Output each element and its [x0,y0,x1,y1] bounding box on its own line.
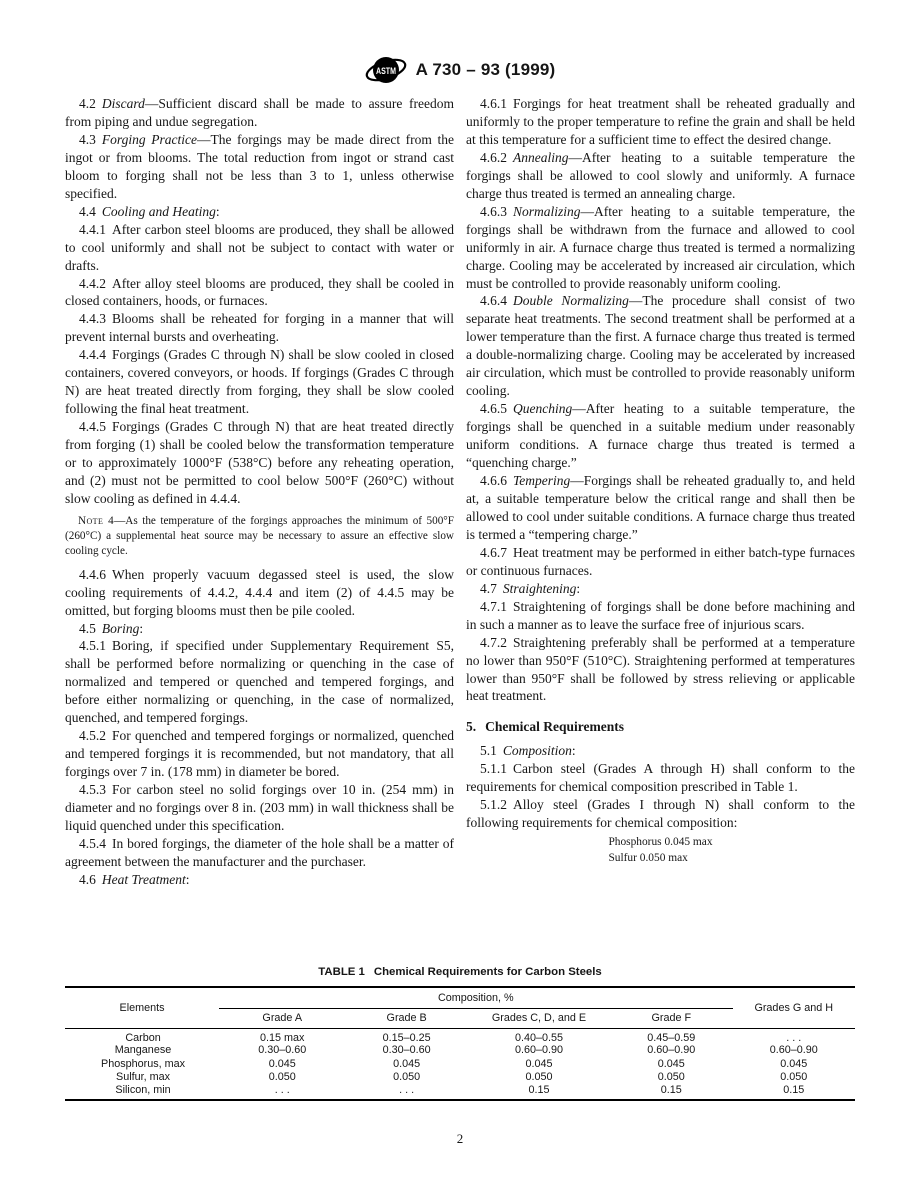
clause-number: 4.5.2 [79,728,106,743]
value-cell: 0.050 [733,1070,856,1083]
value-cell: 0.60–0.90 [468,1044,610,1057]
chemical-requirements-table: ElementsComposition, %Grades G and HGrad… [65,986,855,1101]
value-cell: . . . [219,1084,345,1100]
astm-logo-icon: ASTM [365,52,407,88]
clause-number: 4.4.1 [79,222,106,237]
paragraph-4.4: 4.4Cooling and Heating: [65,203,454,221]
paragraph-4.3: 4.3Forging Practice—The forgings may be … [65,131,454,203]
svg-text:ASTM: ASTM [376,66,396,77]
paragraph-4.5.1: 4.5.1Boring, if specified under Suppleme… [65,637,454,727]
value-cell: 0.30–0.60 [219,1044,345,1057]
clause-number: 4.6.6 [480,473,507,488]
clause-number: 4.5.4 [79,836,106,851]
left-column: 4.2Discard—Sufficient discard shall be m… [65,95,454,889]
element-cell: Silicon, min [65,1084,219,1100]
elements-column-header: Elements [65,987,219,1028]
clause-term: Normalizing [513,204,581,219]
paragraph-4.5: 4.5Boring: [65,620,454,638]
table-row: Manganese0.30–0.600.30–0.600.60–0.900.60… [65,1044,855,1057]
element-cell: Sulfur, max [65,1070,219,1083]
grade-column-header: Grades C, D, and E [468,1008,610,1028]
value-cell: 0.050 [219,1070,345,1083]
document-page: ASTM A 730 – 93 (1999) 4.2Discard—Suffic… [0,0,920,1191]
grades-g-h-column-header: Grades G and H [733,987,856,1028]
paragraph-5.1.1: 5.1.1Carbon steel (Grades A through H) s… [466,760,855,796]
clause-term: Quenching [513,401,572,416]
clause-number: 5.1.1 [480,761,507,776]
table-1-block: TABLE 1Chemical Requirements for Carbon … [65,966,855,1101]
clause-number: 4.7.2 [480,635,507,650]
section-number: 5. [466,719,476,734]
value-cell: 0.050 [468,1070,610,1083]
clause-number: 5.1.2 [480,797,507,812]
clause-number: 4.2 [79,96,96,111]
paragraph-4.5.2: 4.5.2For quenched and tempered forgings … [65,727,454,781]
table-caption: Chemical Requirements for Carbon Steels [374,966,602,978]
paragraph-4.2: 4.2Discard—Sufficient discard shall be m… [65,95,454,131]
element-cell: Phosphorus, max [65,1057,219,1070]
table-row: Silicon, min. . .. . .0.150.150.15 [65,1084,855,1100]
section-heading-5.: 5.Chemical Requirements [466,718,855,736]
clause-number: 4.6.4 [480,293,507,308]
clause-number: 4.4.6 [79,567,106,582]
paragraph-5.1.2: 5.1.2Alloy steel (Grades I through N) sh… [466,796,855,832]
paragraph-4.7: 4.7Straightening: [466,580,855,598]
composition-group-header: Composition, % [219,987,732,1008]
value-cell: 0.15–0.25 [345,1028,467,1044]
clause-term: Heat Treatment [102,872,186,887]
two-column-body: 4.2Discard—Sufficient discard shall be m… [65,95,855,889]
document-title: A 730 – 93 (1999) [416,60,556,80]
table-row: Sulfur, max0.0500.0500.0500.0500.050 [65,1070,855,1083]
clause-number: 4.6 [79,872,96,887]
clause-term: Boring [102,621,140,636]
value-cell: 0.045 [219,1057,345,1070]
value-cell: 0.15 [610,1084,732,1100]
clause-number: 4.4.5 [79,419,106,434]
table-title: TABLE 1Chemical Requirements for Carbon … [65,966,855,978]
clause-term: Cooling and Heating [102,204,216,219]
clause-term: Double Normalizing [513,293,629,308]
clause-number: 4.7 [480,581,497,596]
clause-term: Tempering [513,473,570,488]
value-cell: 0.40–0.55 [468,1028,610,1044]
value-cell: 0.45–0.59 [610,1028,732,1044]
paragraph-4.6.6: 4.6.6Tempering—Forgings shall be reheate… [466,472,855,544]
grade-column-header: Grade F [610,1008,732,1028]
table-row: Carbon0.15 max0.15–0.250.40–0.550.45–0.5… [65,1028,855,1044]
clause-number: 4.5.1 [79,638,106,653]
clause-term: Composition [503,743,572,758]
clause-number: 4.7.1 [480,599,507,614]
value-cell: 0.15 [733,1084,856,1100]
clause-number: 4.5 [79,621,96,636]
paragraph-4.6.3: 4.6.3Normalizing—After heating to a suit… [466,203,855,293]
value-cell: 0.30–0.60 [345,1044,467,1057]
paragraph-4.6.4: 4.6.4Double Normalizing—The procedure sh… [466,292,855,400]
composition-limit-line: Phosphorus 0.045 max [608,835,712,851]
paragraph-4.4.2: 4.4.2After alloy steel blooms are produc… [65,275,454,311]
paragraph-4.4.4: 4.4.4Forgings (Grades C through N) shall… [65,346,454,418]
clause-term: Annealing [513,150,569,165]
clause-number: 4.6.2 [480,150,507,165]
clause-number: 4.4 [79,204,96,219]
paragraph-4.6: 4.6Heat Treatment: [65,871,454,889]
element-cell: Manganese [65,1044,219,1057]
paragraph-4.7.2: 4.7.2Straightening preferably shall be p… [466,634,855,706]
paragraph-4.6.1: 4.6.1Forgings for heat treatment shall b… [466,95,855,149]
clause-number: 4.5.3 [79,782,106,797]
paragraph-4.4.5: 4.4.5Forgings (Grades C through N) that … [65,418,454,508]
document-header: ASTM A 730 – 93 (1999) [0,52,920,88]
clause-number: 4.4.4 [79,347,106,362]
value-cell: . . . [733,1028,856,1044]
value-cell: 0.050 [610,1070,732,1083]
paragraph-4.5.4: 4.5.4In bored forgings, the diameter of … [65,835,454,871]
paragraph-4.5.3: 4.5.3For carbon steel no solid forgings … [65,781,454,835]
paragraph-5.1: 5.1Composition: [466,742,855,760]
right-column: 4.6.1Forgings for heat treatment shall b… [466,95,855,889]
paragraph-4.6.5: 4.6.5Quenching—After heating to a suitab… [466,400,855,472]
value-cell: 0.15 max [219,1028,345,1044]
paragraph-4.6.7: 4.6.7Heat treatment may be performed in … [466,544,855,580]
clause-number: 4.6.5 [480,401,507,416]
page-number: 2 [0,1131,920,1147]
value-cell: 0.045 [733,1057,856,1070]
clause-number: 4.4.2 [79,276,106,291]
clause-term: Straightening [503,581,577,596]
clause-number: 4.6.1 [480,96,507,111]
clause-number: 4.6.7 [480,545,507,560]
clause-term: Discard [102,96,145,111]
value-cell: 0.045 [345,1057,467,1070]
grade-column-header: Grade B [345,1008,467,1028]
paragraph-4.4.1: 4.4.1After carbon steel blooms are produ… [65,221,454,275]
clause-number: 4.6.3 [480,204,507,219]
note-paragraph: Note 4—As the temperature of the forging… [65,514,454,559]
paragraph-4.6.2: 4.6.2Annealing—After heating to a suitab… [466,149,855,203]
table-number: TABLE 1 [318,966,365,978]
value-cell: 0.045 [610,1057,732,1070]
clause-number: 5.1 [480,743,497,758]
clause-term: Forging Practice [102,132,197,147]
paragraph-4.4.3: 4.4.3Blooms shall be reheated for forgin… [65,310,454,346]
grade-column-header: Grade A [219,1008,345,1028]
table-row: Phosphorus, max0.0450.0450.0450.0450.045 [65,1057,855,1070]
paragraph-4.7.1: 4.7.1Straightening of forgings shall be … [466,598,855,634]
paragraph-4.4.6: 4.4.6When properly vacuum degassed steel… [65,566,454,620]
value-cell: 0.60–0.90 [610,1044,732,1057]
value-cell: 0.60–0.90 [733,1044,856,1057]
clause-number: 4.3 [79,132,96,147]
value-cell: . . . [345,1084,467,1100]
value-cell: 0.15 [468,1084,610,1100]
value-cell: 0.050 [345,1070,467,1083]
element-cell: Carbon [65,1028,219,1044]
inline-composition-limits: Phosphorus 0.045 maxSulfur 0.050 max [466,835,855,866]
clause-number: 4.4.3 [79,311,106,326]
value-cell: 0.045 [468,1057,610,1070]
note-label: Note 4 [78,515,114,527]
composition-limit-line: Sulfur 0.050 max [608,851,712,867]
